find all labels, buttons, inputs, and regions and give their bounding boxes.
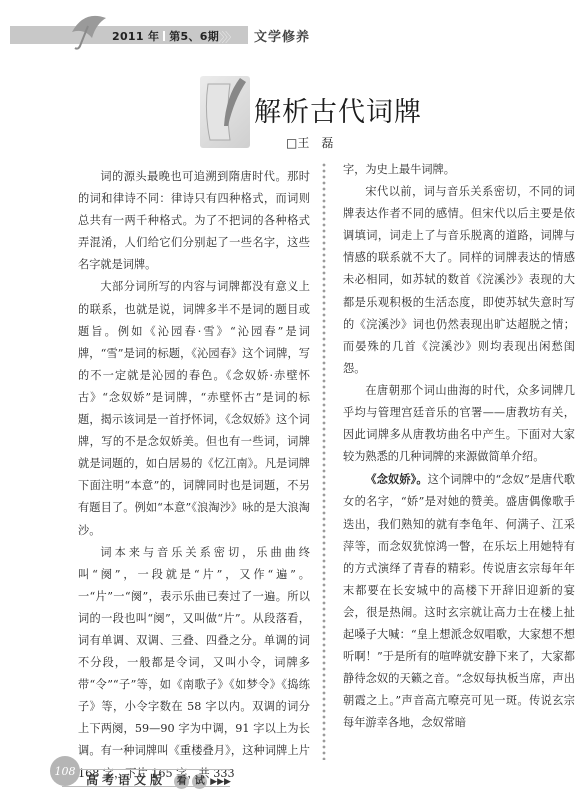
left-column: 词的源头最晚也可追溯到隋唐时代。那时的词和律诗不同：律诗只有四种格式，而词则总共…	[78, 166, 310, 785]
right-column: 字，为史上最牛词牌。 宋代以前，词与音乐关系密切，不同的词牌表达作者不同的感情。…	[343, 159, 575, 734]
header-separator	[163, 31, 165, 41]
badge-shi: 试	[192, 774, 207, 789]
footer-publication: 高考语文版 看试▶▶▶	[86, 771, 231, 789]
paragraph: 大部分词所写的内容与词牌都没有意义上的联系，也就是说，词牌多半不是词的题目或题旨…	[78, 276, 310, 541]
issue-year: 2011 年	[112, 30, 159, 43]
badge-kan: 看	[174, 774, 189, 789]
chevrons-icon: 〉〉〉	[218, 27, 235, 46]
issue-info: 2011 年第5、6期	[112, 28, 219, 44]
paragraph: 词本来与音乐关系密切，乐曲曲终叫“阕”，一段就是“片”，又作“遍”。一“片”一“…	[78, 542, 310, 785]
section-label: 文学修养	[254, 26, 310, 45]
article-title: 解析古代词牌	[254, 90, 422, 129]
quill-icon	[200, 76, 250, 148]
paragraph-continuation: 字，为史上最牛词牌。	[343, 159, 575, 181]
publication-name: 高考语文版	[86, 773, 166, 787]
page-number: 108	[50, 756, 80, 786]
paragraph-body: 这个词牌中的“念奴”是唐代歌女的名字，“娇”是对她的赞美。盛唐偶像歌手迭出，我们…	[343, 473, 575, 729]
issue-number: 第5、6期	[169, 30, 219, 43]
column-divider	[320, 162, 328, 760]
paragraph-heading: 《念奴娇》。	[365, 472, 427, 486]
paragraph: 在唐朝那个词山曲海的时代，众多词牌几乎均与管理宫廷音乐的官署——唐教坊有关，因此…	[343, 380, 575, 468]
paragraph: 宋代以前，词与音乐关系密切，不同的词牌表达作者不同的感情。但宋代以后主要是依调填…	[343, 181, 575, 380]
paragraph: 词的源头最晚也可追溯到隋唐时代。那时的词和律诗不同：律诗只有四种格式，而词则总共…	[78, 166, 310, 276]
scroll-quill-illustration	[200, 76, 250, 148]
article-author: □王 磊	[286, 134, 333, 151]
paragraph-nianjiao: 《念奴娇》。这个词牌中的“念奴”是唐代歌女的名字，“娇”是对她的赞美。盛唐偶像歌…	[343, 468, 575, 734]
arrows-icon: ▶▶▶	[210, 777, 231, 787]
umbrella-icon	[66, 10, 112, 52]
